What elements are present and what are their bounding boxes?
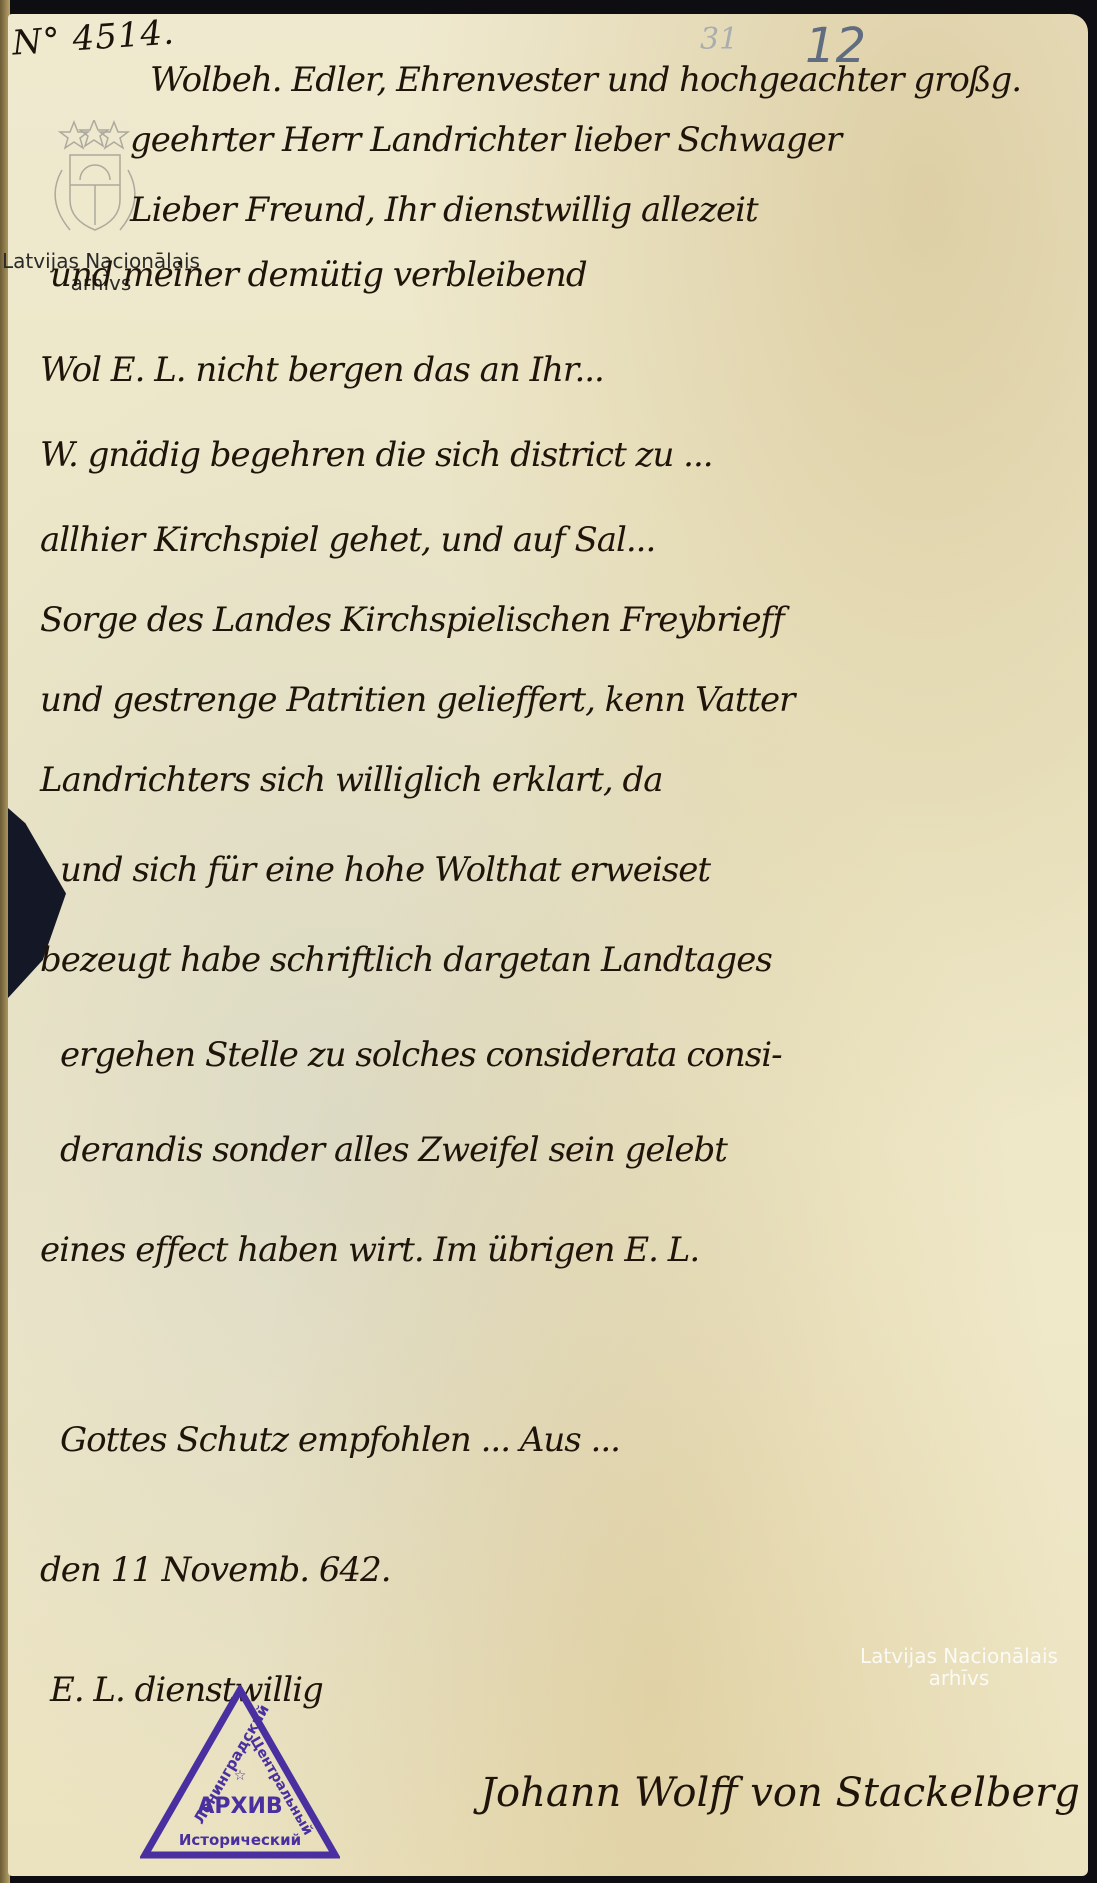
folio-number-faint: 31 (700, 22, 738, 57)
star-icon: ☆ (234, 1768, 247, 1784)
coat-of-arms-icon (40, 120, 140, 240)
handwritten-line: Lieber Freund, Ihr dienstwillig allezeit (130, 190, 758, 230)
handwritten-line: eines effect haben wirt. Im übrigen E. L… (40, 1230, 699, 1270)
handwritten-line: Gottes Schutz empfohlen ... Aus ... (60, 1420, 620, 1460)
archive-watermark-bottom: Latvijas Nacionālais arhīvs (860, 1645, 1058, 1689)
handwritten-line: und meiner demütig verbleibend (50, 255, 587, 295)
handwritten-line: derandis sonder alles Zweifel sein geleb… (60, 1130, 727, 1170)
handwritten-line: Wol E. L. nicht bergen das an Ihr... (40, 350, 604, 390)
watermark-line1: Latvijas Nacionālais (860, 1645, 1058, 1667)
handwritten-line: Wolbeh. Edler, Ehrenvester und hochgeach… (150, 60, 1021, 100)
handwritten-line: und gestrenge Patritien gelieffert, kenn… (40, 680, 794, 720)
handwritten-line: W. gnädig begehren die sich district zu … (40, 435, 713, 475)
handwritten-line: bezeugt habe schriftlich dargetan Landta… (40, 940, 772, 980)
handwritten-line: Sorge des Landes Kirchspielischen Freybr… (40, 600, 784, 640)
stamp-bottom-text: Исторический (179, 1831, 301, 1849)
handwritten-line: geehrter Herr Landrichter lieber Schwage… (130, 120, 841, 160)
handwritten-line: Landrichters sich williglich erklart, da (40, 760, 663, 800)
date-line: den 11 Novemb. 642. (40, 1550, 391, 1590)
handwritten-line: und sich für eine hohe Wolthat erweiset (60, 850, 710, 890)
archive-stamp: Ленинградский Центральный ☆ АРХИВ Истори… (140, 1685, 340, 1865)
watermark-line2: arhīvs (860, 1667, 1058, 1689)
handwritten-line: ergehen Stelle zu solches considerata co… (60, 1035, 782, 1075)
stamp-center-text: АРХИВ (197, 1794, 282, 1819)
stamp-right-text: Центральный (247, 1734, 316, 1838)
signature: Johann Wolff von Stackelberg (480, 1770, 1080, 1816)
handwritten-line: allhier Kirchspiel gehet, und auf Sal... (40, 520, 655, 560)
